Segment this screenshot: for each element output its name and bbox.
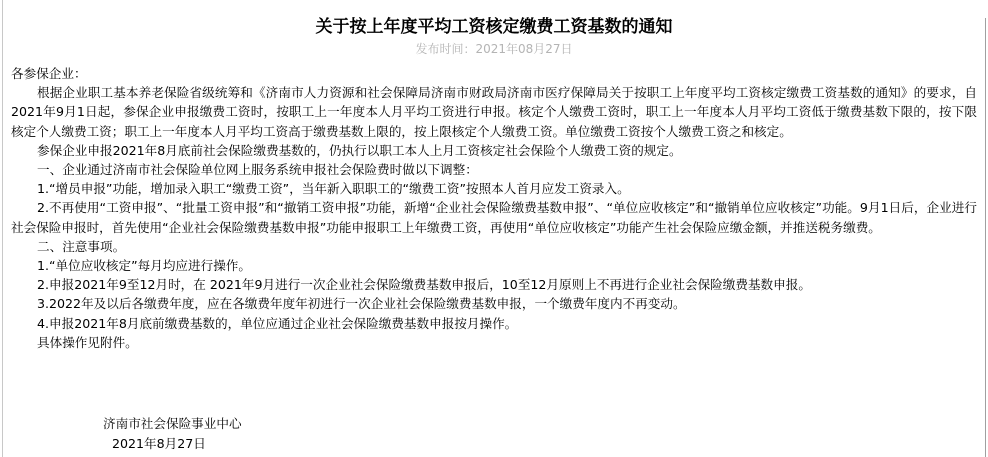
signature-block: 济南市社会保险事业中心 2021年8月27日 — [103, 414, 242, 454]
page-title: 关于按上年度平均工资核定缴费工资基数的通知 — [0, 16, 988, 38]
adjustment-item-2: 2.不再使用“工资申报”、“批量工资申报”和“撤销工资申报”功能，新增“企业社会… — [11, 198, 977, 236]
notice-body: 各参保企业： 根据企业职工基本养老保险省级统筹和《济南市人力资源和社会保障局济南… — [11, 64, 977, 352]
section-heading-adjustments: 一、企业通过济南市社会保险单位网上服务系统申报社会保险费时做以下调整： — [11, 160, 977, 179]
note-item-3: 3.2022年及以后各缴费年度，应在各缴费年度年初进行一次企业社会保险缴费基数申… — [11, 294, 977, 313]
adjustment-item-1: 1.“增员申报”功能，增加录入职工“缴费工资”，当年新入职职工的“缴费工资”按照… — [11, 179, 977, 198]
salutation: 各参保企业： — [11, 64, 977, 83]
section-heading-notes: 二、注意事项。 — [11, 237, 977, 256]
publish-date: 发布时间：2021年08月27日 — [0, 41, 988, 57]
attachment-note: 具体操作见附件。 — [11, 333, 977, 352]
left-frame-border — [2, 0, 3, 457]
note-item-1: 1.“单位应收核定”每月均应进行操作。 — [11, 256, 977, 275]
note-item-2: 2.申报2021年9至12月时，在 2021年9月进行一次企业社会保险缴费基数申… — [11, 275, 977, 294]
right-frame-border — [985, 18, 986, 457]
note-item-4: 4.申报2021年8月底前缴费基数的，单位应通过企业社会保险缴费基数申报按月操作… — [11, 314, 977, 333]
paragraph-intro: 根据企业职工基本养老保险省级统筹和《济南市人力资源和社会保障局济南市财政局济南市… — [11, 83, 977, 141]
signature-organization: 济南市社会保险事业中心 — [103, 414, 242, 434]
signature-date: 2021年8月27日 — [103, 434, 242, 454]
paragraph-pre-august: 参保企业申报2021年8月底前社会保险缴费基数的，仍执行以职工本人上月工资核定社… — [11, 141, 977, 160]
